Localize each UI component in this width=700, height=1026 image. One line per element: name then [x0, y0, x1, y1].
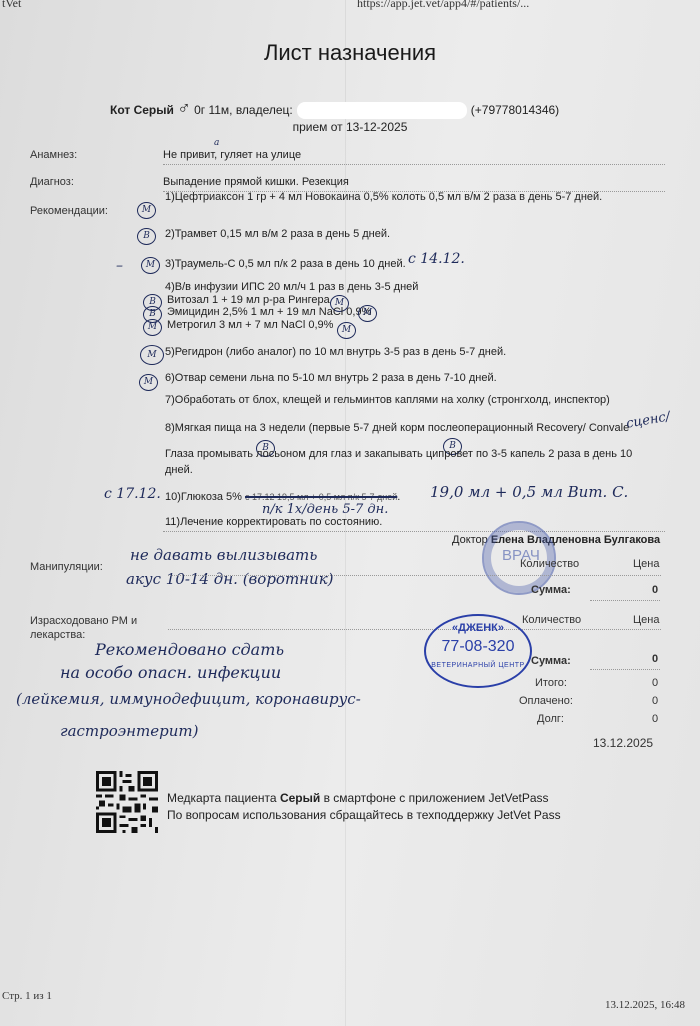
handwritten-note: сценс/ [625, 409, 671, 431]
mark-circle: М [143, 319, 162, 336]
struck-text: с 17.12 19,5 мл + 0,5 мл п/к 5-7 дней [245, 492, 397, 502]
recommendation-item: 5)Регидрон (либо аналог) по 10 мл внутрь… [165, 346, 506, 358]
recommendation-subitem: Эмицидин 2,5% 1 мл + 19 мл NaCl 0,9% [167, 306, 371, 318]
owner-label: , владелец: [229, 103, 293, 117]
mark-circle: М [137, 202, 156, 219]
handwritten-note: с 14.12. [408, 251, 465, 267]
page-title: Лист назначения [0, 40, 700, 66]
handwritten-manipulations-2: акус 10-14 дн. (воротник) [126, 570, 334, 588]
mark-circle: М [358, 305, 377, 322]
document-date: 13.12.2025 [593, 736, 653, 750]
cons-sum-value: 0 [652, 653, 658, 665]
cons-col-price: Цена [633, 614, 659, 626]
recommendation-item: 1)Цефтриаксон 1 гр + 4 мл Новокаина 0,5%… [165, 191, 602, 203]
recommendation-item-cont: дней. [165, 464, 193, 476]
anamnesis-value: Не привит, гуляет на улице [163, 149, 301, 161]
diagnosis-value: Выпадение прямой кишки. Резекция [163, 176, 349, 188]
handwritten-note: п/к 1х/день 5-7 дн. [262, 502, 388, 517]
handwritten-consumables-1: Рекомендовано сдать [95, 640, 284, 659]
recommendation-item: 11)Лечение корректировать по состоянию. [165, 516, 382, 528]
recommendation-subitem: Метрогил 3 мл + 7 мл NaCl 0,9% [167, 319, 333, 331]
patient-name: Кот Серый [110, 103, 174, 117]
browser-header-left: tVet [2, 0, 21, 11]
recommendation-item: 4)В/в инфузии ИПС 20 мл/ч 1 раз в день 3… [165, 281, 418, 293]
recommendation-subitem: Витозал 1 + 19 мл р-ра Рингера [167, 294, 330, 306]
cons-col-qty: Количество [522, 614, 581, 626]
patient-line: Кот Серый ♂ 0г 11м, владелец:(+797780143… [110, 98, 559, 119]
medcard-info: Медкарта пациента Серый в смартфоне с пр… [167, 791, 549, 805]
support-info: По вопросам использования сбращайтесь в … [167, 808, 561, 822]
recommendation-item: 8)Мягкая пища на 3 недели (первые 5-7 дн… [165, 422, 629, 434]
handwritten-consumables-2: на особо опасн. инфекции [60, 663, 281, 682]
total-label: Итого: [535, 677, 567, 689]
qr-code[interactable] [96, 771, 158, 833]
visit-date: прием от 13-12-2025 [0, 120, 700, 134]
handwritten-consumables-4: гастроэнтерит) [60, 722, 199, 740]
handwritten-dash: – [116, 258, 123, 274]
debt-value: 0 [652, 713, 658, 725]
mark-circle: М [140, 345, 164, 365]
mark-circle: М [337, 322, 356, 339]
manip-col-qty: Количество [520, 558, 579, 570]
manipulations-label: Манипуляции: [30, 561, 103, 573]
mark-circle: В [137, 228, 156, 245]
handwritten-consumables-3: (лейкемия, иммунодефицит, коронавирус- [16, 690, 361, 708]
owner-redacted [297, 102, 467, 119]
mark-circle: М [139, 374, 158, 391]
consumables-label-2: лекарства: [30, 629, 85, 641]
manip-sum-value: 0 [652, 584, 658, 596]
male-icon: ♂ [177, 98, 191, 118]
recommendations-label: Рекомендации: [30, 205, 108, 217]
clinic-stamp: «ДЖЕНК» 77-08-320 ВЕТЕРИНАРНЫЙ ЦЕНТР [424, 614, 532, 688]
total-value: 0 [652, 677, 658, 689]
recommendation-item: 7)Обработать от блох, клещей и гельминто… [165, 394, 610, 406]
browser-url: https://app.jet.vet/app4/#/patients/... [357, 0, 529, 11]
paid-value: 0 [652, 695, 658, 707]
manip-sum-label: Сумма: [531, 584, 571, 596]
handwritten-manipulations-1: не давать вылизывать [130, 546, 317, 564]
paid-label: Оплачено: [519, 695, 573, 707]
recommendation-item: 2)Трамвет 0,15 мл в/м 2 раза в день 5 дн… [165, 228, 390, 240]
recommendation-item: 3)Траумель-С 0,5 мл п/к 2 раза в день 10… [165, 258, 406, 270]
print-timestamp: 13.12.2025, 16:48 [605, 999, 685, 1011]
recommendation-item: Глаза промывать лосьоном для глаз и зака… [165, 448, 632, 460]
debt-label: Долг: [537, 713, 564, 725]
mark-circle: М [141, 257, 160, 274]
anamnesis-label: Анамнез: [30, 149, 77, 161]
handwritten-date: с 17.12. [104, 486, 161, 502]
patient-age: 0г 11м [194, 103, 229, 117]
page-number: Стр. 1 из 1 [2, 990, 52, 1002]
diagnosis-label: Диагноз: [30, 176, 74, 188]
owner-phone: (+79778014346) [471, 103, 559, 117]
cons-sum-label: Сумма: [531, 655, 571, 667]
consumables-label: Израсходовано РМ и [30, 615, 137, 627]
doctor-line: Доктор Елена Владленовна Булгакова [452, 534, 660, 546]
handwritten-note: 19,0 мл + 0,5 мл Вит. С. [430, 483, 628, 501]
handwritten-correction: а [214, 138, 219, 148]
manip-col-price: Цена [633, 558, 659, 570]
recommendation-item: 6)Отвар семени льна по 5-10 мл внутрь 2 … [165, 372, 497, 384]
